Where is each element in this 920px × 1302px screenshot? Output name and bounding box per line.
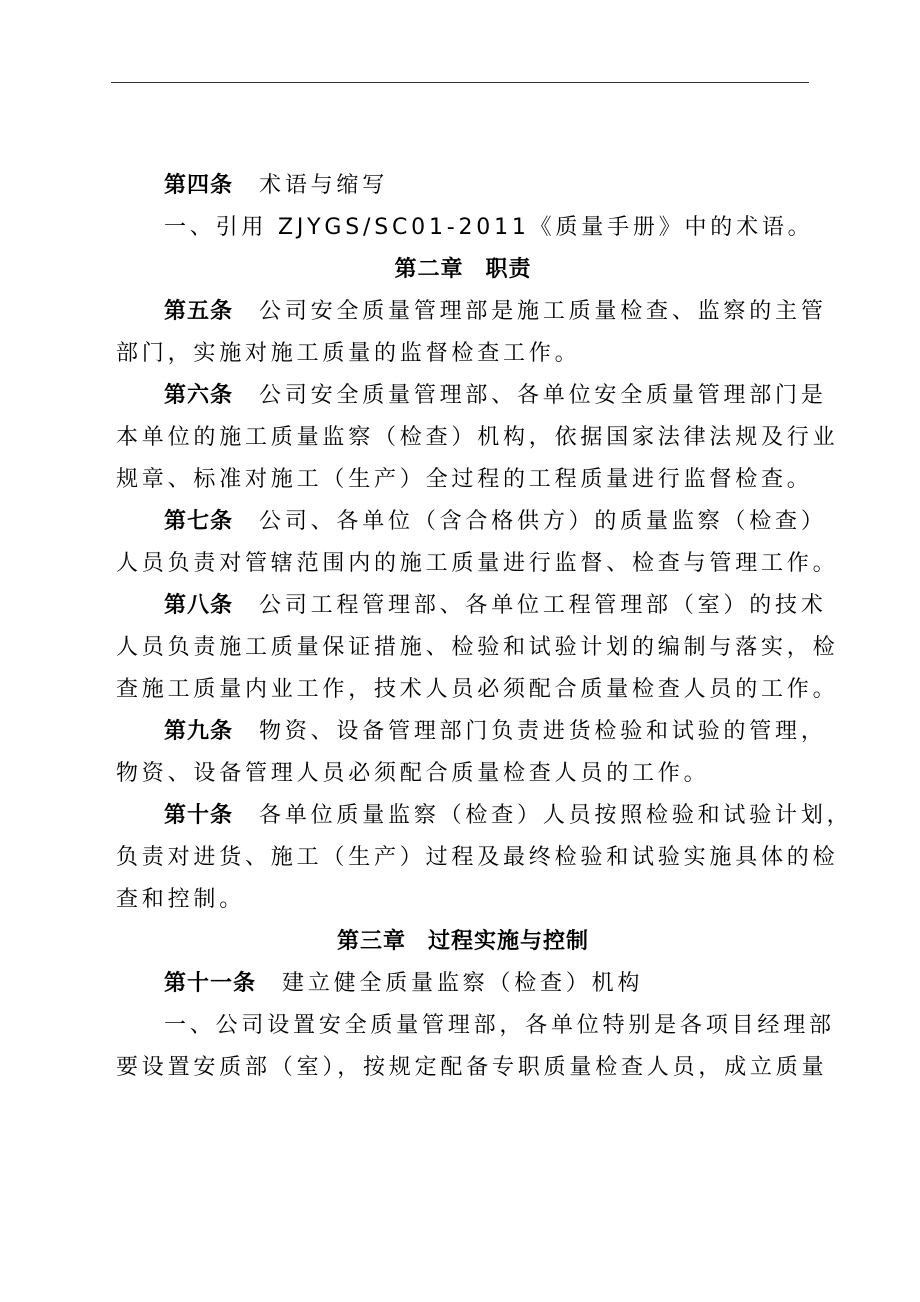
article-text: 术语与缩写: [259, 173, 388, 198]
article-4: 第四条术语与缩写: [116, 165, 810, 207]
article-text: 公司工程管理部、各单位工程管理部（室）的技术: [259, 593, 827, 618]
header-rule: [111, 82, 809, 83]
article-text: 物资、设备管理部门负责进货检验和试验的管理，: [259, 719, 827, 744]
article-text: 建立健全质量监察（检查）机构: [282, 971, 643, 996]
article-6-cont: 本单位的施工质量监察（检查）机构，依据国家法律法规及行业: [116, 417, 810, 459]
article-8-cont: 人员负责施工质量保证措施、检验和试验计划的编制与落实，检: [116, 627, 810, 669]
chapter-number: 第三章: [337, 929, 406, 954]
article-9-cont: 物资、设备管理人员必须配合质量检查人员的工作。: [116, 753, 810, 795]
document-page: 第四条术语与缩写 一、引用 ZJYGS/SC01-2011《质量手册》中的术语。…: [116, 165, 810, 1089]
article-text: 公司安全质量管理部、各单位安全质量管理部门是: [259, 383, 827, 408]
article-7: 第七条公司、各单位（含合格供方）的质量监察（检查）: [116, 501, 810, 543]
article-label: 第八条: [164, 593, 233, 618]
article-label: 第十条: [164, 803, 233, 828]
chapter-3-heading: 第三章过程实施与控制: [116, 921, 810, 963]
article-10-cont: 负责对进货、施工（生产）过程及最终检验和试验实施具体的检: [116, 837, 810, 879]
article-6: 第六条公司安全质量管理部、各单位安全质量管理部门是: [116, 375, 810, 417]
article-label: 第五条: [164, 299, 233, 324]
article-text: 公司安全质量管理部是施工质量检查、监察的主管: [259, 299, 827, 324]
article-label: 第七条: [164, 509, 233, 534]
paragraph-org-cont: 要设置安质部（室），按规定配备专职质量检查人员，成立质量: [116, 1047, 810, 1089]
article-5: 第五条公司安全质量管理部是施工质量检查、监察的主管: [116, 291, 810, 333]
chapter-title: 过程实施与控制: [428, 929, 589, 954]
article-6-cont: 规章、标准对施工（生产）全过程的工程质量进行监督检查。: [116, 459, 810, 501]
article-5-cont: 部门，实施对施工质量的监督检查工作。: [116, 333, 810, 375]
article-8: 第八条公司工程管理部、各单位工程管理部（室）的技术: [116, 585, 810, 627]
article-label: 第六条: [164, 383, 233, 408]
paragraph-org: 一、公司设置安全质量管理部，各单位特别是各项目经理部: [116, 1005, 810, 1047]
chapter-2-heading: 第二章职责: [116, 249, 810, 291]
article-text: 各单位质量监察（检查）人员按照检验和试验计划，: [259, 803, 852, 828]
article-text: 公司、各单位（含合格供方）的质量监察（检查）: [259, 509, 827, 534]
paragraph-terms: 一、引用 ZJYGS/SC01-2011《质量手册》中的术语。: [116, 207, 810, 249]
chapter-number: 第二章: [394, 257, 463, 282]
article-10: 第十条各单位质量监察（检查）人员按照检验和试验计划，: [116, 795, 810, 837]
article-7-cont: 人员负责对管辖范围内的施工质量进行监督、检查与管理工作。: [116, 543, 810, 585]
article-label: 第九条: [164, 719, 233, 744]
article-label: 第十一条: [164, 971, 256, 996]
article-11: 第十一条建立健全质量监察（检查）机构: [116, 963, 810, 1005]
chapter-title: 职责: [486, 257, 532, 282]
article-label: 第四条: [164, 173, 233, 198]
article-10-cont: 查和控制。: [116, 879, 810, 921]
article-8-cont: 查施工质量内业工作，技术人员必须配合质量检查人员的工作。: [116, 669, 810, 711]
article-9: 第九条物资、设备管理部门负责进货检验和试验的管理，: [116, 711, 810, 753]
